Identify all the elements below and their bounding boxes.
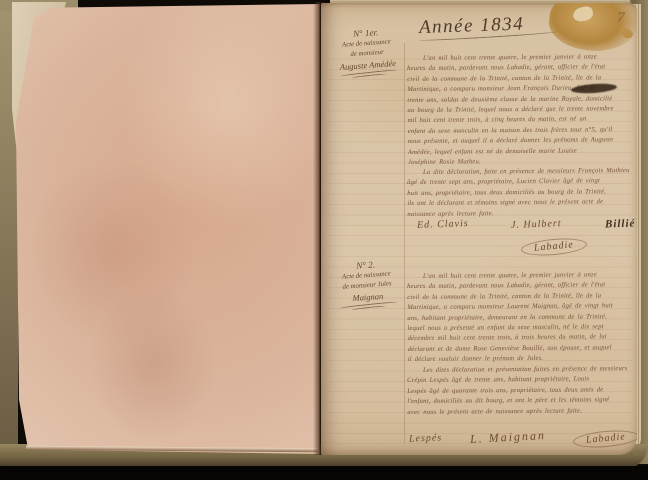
handwritten-paragraph: L'an mil huit cent trente quatre, le pre… xyxy=(407,270,637,366)
witness-signature: Lespés xyxy=(409,432,443,444)
witness-signature: Billié xyxy=(604,217,635,230)
handwritten-line: heures du matin, pardevant nous Labadie,… xyxy=(407,62,637,74)
handwritten-paragraph: L'an mil huit cent trente quatre, le pre… xyxy=(407,52,637,169)
margin-note-act-2: N° 2. Acte de naissance de monsieur Jule… xyxy=(323,256,410,313)
right-page: 7 Année 1834 N° 1er. Acte de naissance d… xyxy=(321,3,637,455)
handwritten-line: heures du matin, pardevant nous Labadie,… xyxy=(407,280,637,292)
act-1-body: L'an mil huit cent trente quatre, le pre… xyxy=(407,54,637,221)
act-2-signatures: Lespés L. Maignan Labadie xyxy=(409,430,637,447)
handwritten-line: nous présente, et auquel il a déclaré do… xyxy=(408,135,637,147)
margin-rule-line xyxy=(404,43,405,443)
register-book-scan: 7 Année 1834 N° 1er. Acte de naissance d… xyxy=(0,0,648,480)
background-shadow xyxy=(0,466,648,480)
act-1-signatures: Ed. Clavis J. Hulbert Billié xyxy=(417,218,635,230)
margin-note-act-1: N° 1er. Acte de naissance de monsieur Au… xyxy=(323,24,410,81)
officer-signature: Labadie xyxy=(573,428,637,450)
handwritten-line: avec nous le présent acte de naissance a… xyxy=(407,405,637,417)
handwritten-paragraph: La dite déclaration, faite en présence d… xyxy=(407,166,637,220)
handwritten-line: Les dites déclaration et présentation fa… xyxy=(407,364,637,376)
witness-signature: L. Maignan xyxy=(469,428,546,447)
handwritten-line: l'enfant, domiciliés au dit bourg, et on… xyxy=(407,395,637,407)
act-2-body: L'an mil huit cent trente quatre, le pre… xyxy=(407,272,637,418)
handwritten-paragraph: Les dites déclaration et présentation fa… xyxy=(407,364,637,418)
page-number: 7 xyxy=(616,10,625,27)
witness-signature: J. Hulbert xyxy=(511,218,562,231)
witness-signature: Ed. Clavis xyxy=(417,218,469,231)
left-page-blank xyxy=(16,4,320,454)
